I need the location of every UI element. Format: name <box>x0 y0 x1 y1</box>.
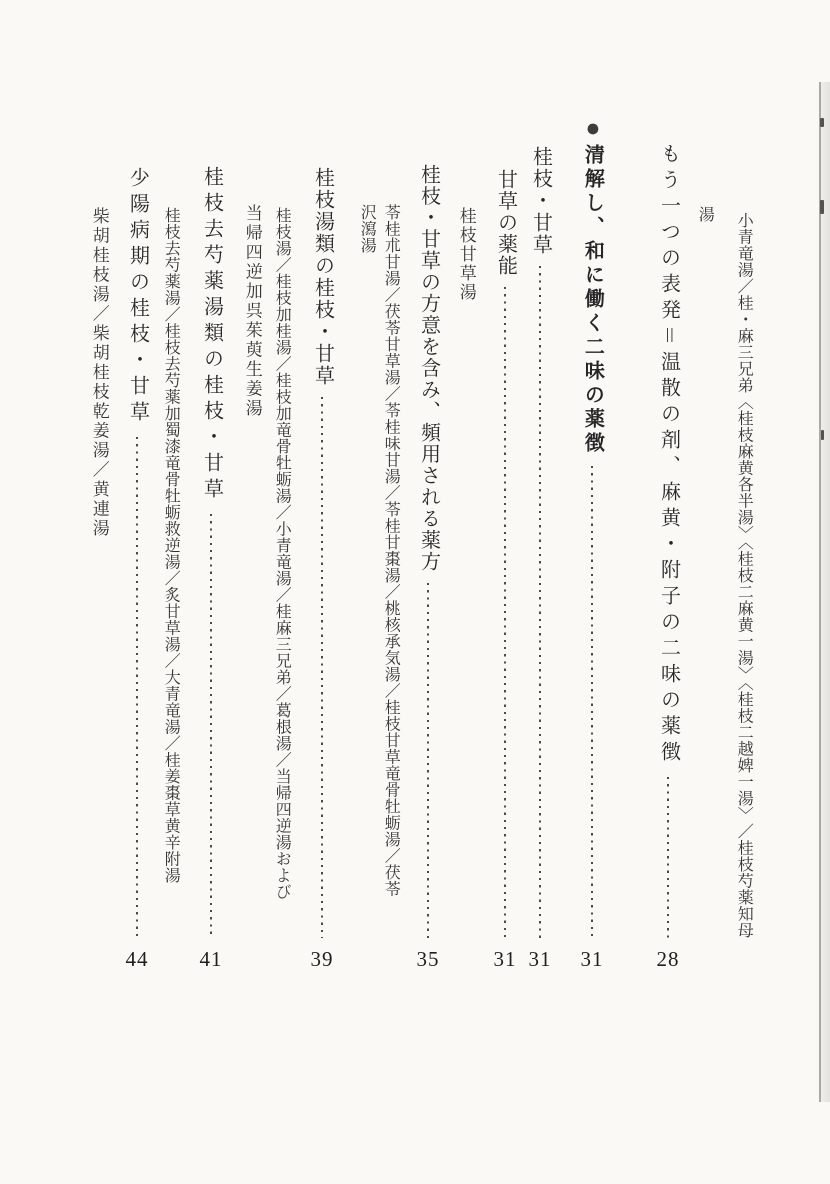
scan-edge-line <box>819 82 821 1102</box>
toc-entry-shoyo-formula-list: 柴胡桂枝湯／柴胡桂枝乾姜湯／黄連湯 <box>87 207 111 539</box>
page-number: 31 <box>581 946 604 972</box>
dotted-leader <box>427 583 430 939</box>
toc-entry-hoi: 桂枝・甘草の方意を含み、頻用される薬方 35 <box>414 164 442 972</box>
scan-edge-shading <box>821 82 830 1102</box>
scan-speck <box>820 200 824 214</box>
toc-entry-shoyo: 少陽病期の桂枝・甘草 44 <box>123 167 151 972</box>
page-number: 44 <box>126 946 149 972</box>
toc-entry-keishito-formula-list: 桂枝湯／桂枝加桂湯／桂枝加竜骨牡蛎湯／小青竜湯／桂麻三兄弟／葛根湯／当帰四逆湯お… <box>269 207 293 900</box>
chapter-bullet-icon: ● <box>579 115 606 144</box>
dotted-leader <box>667 777 670 938</box>
toc-entry-keishi-kanzo: 桂枝・甘草 31 <box>526 146 554 972</box>
toc-entry-text: 湯 <box>695 206 713 223</box>
toc-entry-text: 小青竜湯／桂・麻三兄弟〈桂枝麻黄各半湯〉〈桂枝二麻黄一湯〉〈桂枝二越婢一湯〉／桂… <box>734 212 752 939</box>
page-number: 31 <box>494 946 517 972</box>
toc-entry-text: 桂枝湯／桂枝加桂湯／桂枝加竜骨牡蛎湯／小青竜湯／桂麻三兄弟／葛根湯／当帰四逆湯お… <box>272 207 290 900</box>
toc-entry-keishi-kanzo-to: 桂枝甘草湯 <box>452 207 480 302</box>
toc-entry-prev-formula-list: 小青竜湯／桂・麻三兄弟〈桂枝麻黄各半湯〉〈桂枝二麻黄一湯〉〈桂枝二越婢一湯〉／桂… <box>729 212 757 939</box>
dotted-leader <box>504 287 507 939</box>
toc-entry-text: 苓桂朮甘湯／茯苓甘草湯／苓桂味甘湯／苓桂甘棗湯／桃核承気湯／桂枝甘草竜骨牡蛎湯／… <box>381 204 399 897</box>
toc-entry-text: 桂枝去芍薬湯／桂枝去芍薬加蜀漆竜骨牡蛎救逆湯／炙甘草湯／大青竜湯／桂姜棗草黄辛附… <box>161 207 179 884</box>
toc-entry-text: ●清解し、和に働く二味の薬徴 <box>578 115 607 456</box>
dotted-leader <box>210 514 213 938</box>
toc-entry-mou-hitotsu: もう一つの表発＝温散の剤、麻黄・附子の二味の薬徴 28 <box>654 143 682 972</box>
page-number: 41 <box>200 946 223 972</box>
toc-entry-seikai: ●清解し、和に働く二味の薬徴 31 <box>578 115 606 972</box>
toc-entry-kanzo-yakuno: 甘草の薬能 31 <box>491 169 519 972</box>
toc-entry-text: 沢瀉湯 <box>357 204 375 254</box>
dotted-leader <box>321 397 324 938</box>
toc-entry-text: 甘草の薬能 <box>494 169 517 277</box>
toc-entry-text: 桂枝・甘草の方意を含み、頻用される薬方 <box>417 164 440 573</box>
scan-speck <box>821 430 824 440</box>
toc-entry-prev-formula-list-wrap: 湯 <box>690 206 718 223</box>
toc-entry-kyoshakuyaku-formula-list: 桂枝去芍薬湯／桂枝去芍薬加蜀漆竜骨牡蛎救逆湯／炙甘草湯／大青竜湯／桂姜棗草黄辛附… <box>158 207 182 884</box>
page-number: 35 <box>417 946 440 972</box>
toc-page: 小青竜湯／桂・麻三兄弟〈桂枝麻黄各半湯〉〈桂枝二麻黄一湯〉〈桂枝二越婢一湯〉／桂… <box>0 0 830 1184</box>
toc-entry-text: 少陽病期の桂枝・甘草 <box>126 167 149 427</box>
page-number: 39 <box>311 946 334 972</box>
toc-entry-hoi-formula-list: 苓桂朮甘湯／茯苓甘草湯／苓桂味甘湯／苓桂甘棗湯／桃核承気湯／桂枝甘草竜骨牡蛎湯／… <box>378 204 402 897</box>
toc-entry-keishito-rui: 桂枝湯類の桂枝・甘草 39 <box>308 167 336 972</box>
toc-entry-text: 桂枝・甘草 <box>529 146 552 256</box>
toc-entry-text: もう一つの表発＝温散の剤、麻黄・附子の二味の薬徴 <box>657 143 680 767</box>
page-number: 28 <box>657 946 680 972</box>
toc-entry-text: 桂枝去芍薬湯類の桂枝・甘草 <box>200 166 223 504</box>
toc-entry-text: 当帰四逆加呉茱萸生姜湯 <box>242 204 262 419</box>
scan-speck <box>820 118 824 127</box>
toc-entry-text: 柴胡桂枝湯／柴胡桂枝乾姜湯／黄連湯 <box>89 207 109 539</box>
dotted-leader <box>136 437 139 938</box>
toc-entry-keishito-formula-list-wrap: 当帰四逆加呉茱萸生姜湯 <box>240 204 264 419</box>
toc-entry-hoi-formula-list-wrap: 沢瀉湯 <box>354 204 378 254</box>
toc-entry-text: 桂枝甘草湯 <box>456 207 476 302</box>
toc-entry-kyoshakuyaku: 桂枝去芍薬湯類の桂枝・甘草 41 <box>197 166 225 972</box>
toc-entry-text: 桂枝湯類の桂枝・甘草 <box>311 167 334 387</box>
dotted-leader <box>539 266 542 938</box>
page-number: 31 <box>529 946 552 972</box>
dotted-leader <box>591 466 594 938</box>
